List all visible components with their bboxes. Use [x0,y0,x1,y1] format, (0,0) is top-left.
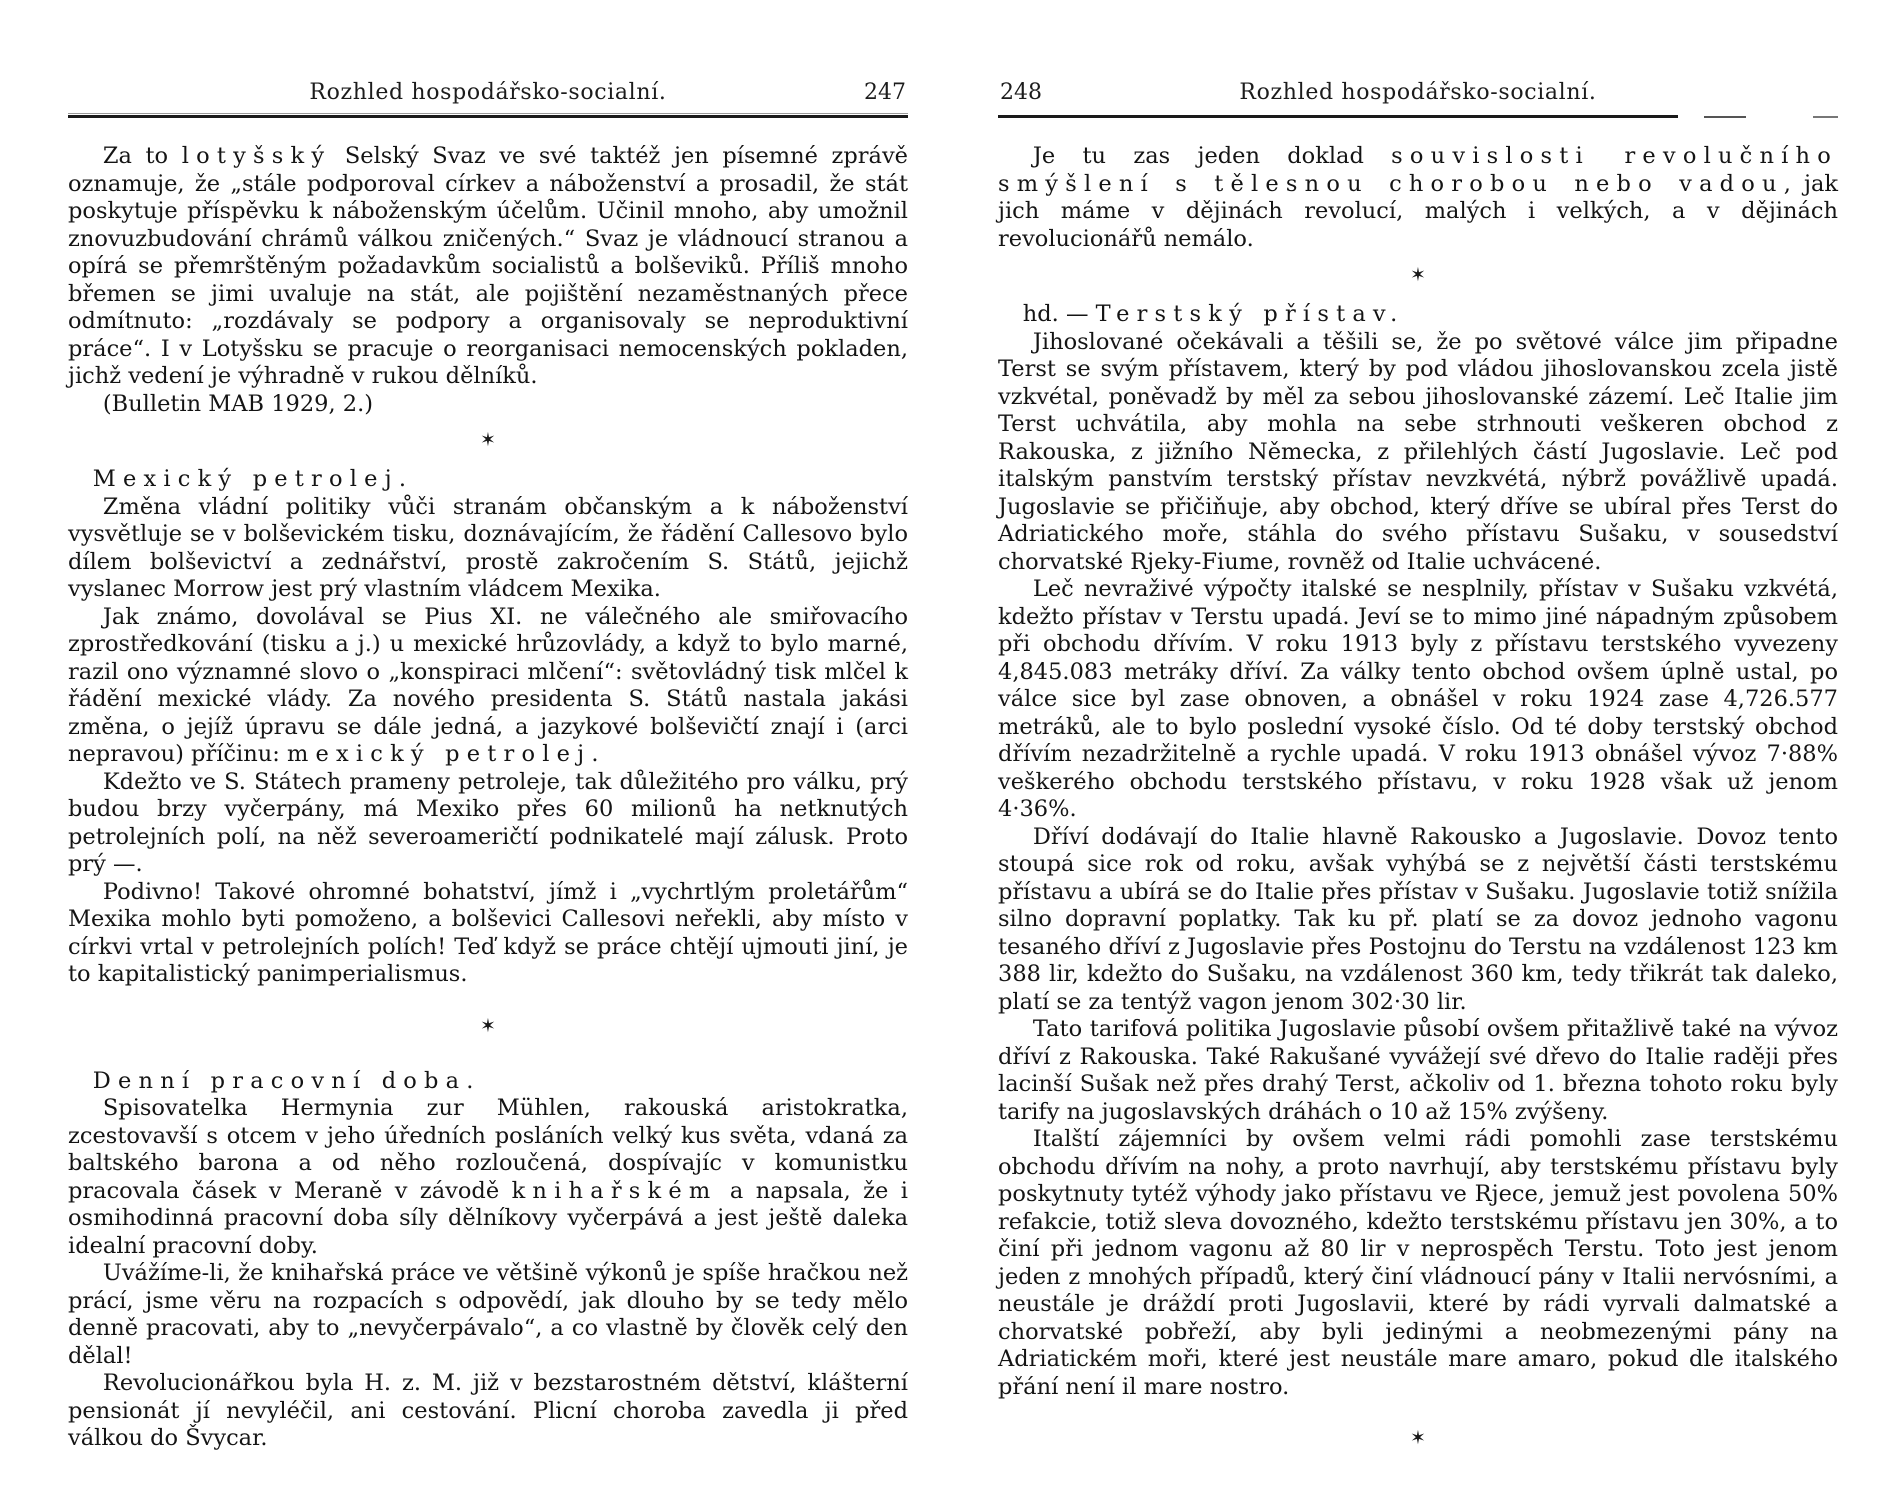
running-title: Rozhled hospodářsko-socialní. [309,80,666,105]
paragraph: Kdežto ve S. Státech prameny petroleje, … [68,769,908,879]
letterspaced-emphasis: lotyšský [182,143,332,169]
page-body: Je tu zas jeden doklad souvislosti revol… [998,143,1838,1452]
text-run: Podivno! Takové ohromné bohatství, jímž … [68,879,908,988]
paragraph: Italští zájemníci by ovšem velmi rádi po… [998,1126,1838,1401]
text-run: Leč nevraživé výpočty italské se nesplni… [998,576,1838,822]
text-run: Kdežto ve S. Státech prameny petroleje, … [68,769,908,878]
rule-dash [1813,116,1838,118]
letterspaced-emphasis: Terstský přístav. [1096,301,1405,327]
page-number: 247 [667,80,906,105]
paragraph: Tato tarifová politika Jugoslavie působí… [998,1016,1838,1126]
text-run: Tato tarifová politika Jugoslavie působí… [998,1016,1838,1125]
letterspaced-emphasis: Denní pracovní doba. [93,1068,481,1094]
text-run: Je tu zas jeden doklad [1033,143,1391,169]
running-title: Rozhled hospodářsko-socialní. [1239,80,1596,105]
text-run: Za to [103,143,182,169]
page-247: Rozhled hospodářsko-socialní. 247 Za to … [68,80,908,1453]
scanned-book-spread: { "symbols": { "star": "✶" }, "left_page… [0,0,1900,1500]
page-number: 248 [1000,80,1239,105]
section-heading: Mexický petrolej. [68,466,908,494]
paragraph: Revolucionářkou byla H. z. M. již v bezs… [68,1370,908,1453]
paragraph: Je tu zas jeden doklad souvislosti revol… [998,143,1838,253]
text-run: hd. — [1023,301,1096,327]
page-header-right: 248 Rozhled hospodářsko-socialní. [998,80,1838,113]
paragraph: (Bulletin MAB 1929, 2.) [68,391,908,419]
paragraph: Uvážíme-li, že knihařská práce ve většin… [68,1260,908,1370]
letterspaced-emphasis: Mexický petrolej. [93,466,413,492]
header-rule [998,113,1838,119]
text-run: Selský Svaz ve své taktéž jen písemné zp… [68,143,908,389]
letterspaced-emphasis: knihařském [512,1178,718,1204]
section-divider-star: ✶ [998,1425,1838,1452]
text-run: Dříví dodávají do Italie hlavně Rakousko… [998,824,1838,1015]
page-body: Za to lotyšský Selský Svaz ve své taktéž… [68,143,908,1453]
paragraph: Dříví dodávají do Italie hlavně Rakousko… [998,824,1838,1017]
text-run: Změna vládní politiky vůči stranám občan… [68,494,908,603]
paragraph: Za to lotyšský Selský Svaz ve své taktéž… [68,143,908,391]
page-header-left: Rozhled hospodářsko-socialní. 247 [68,80,908,113]
header-rule [68,113,908,119]
section-divider-star: ✶ [998,262,1838,289]
text-run: Uvážíme-li, že knihařská práce ve většin… [68,1260,908,1369]
section-heading: Denní pracovní doba. [68,1068,908,1096]
text-run: Jihoslované očekávali a těšili se, že po… [998,329,1838,575]
rule-dash [1704,116,1746,118]
section-divider-star: ✶ [68,1013,908,1040]
text-run: Italští zájemníci by ovšem velmi rádi po… [998,1126,1838,1400]
paragraph: Podivno! Takové ohromné bohatství, jímž … [68,879,908,989]
paragraph: Spisovatelka Hermynia zur Mühlen, rakous… [68,1095,908,1260]
paragraph: Změna vládní politiky vůči stranám občan… [68,494,908,604]
text-run: Revolucionářkou byla H. z. M. již v bezs… [68,1370,908,1451]
section-heading: hd. — Terstský přístav. [998,301,1838,329]
section-divider-star: ✶ [68,427,908,454]
letterspaced-emphasis: mexický petrolej. [287,741,606,767]
paragraph: Jihoslované očekávali a těšili se, že po… [998,329,1838,577]
paragraph: Leč nevraživé výpočty italské se nesplni… [998,576,1838,824]
text-run: (Bulletin MAB 1929, 2.) [103,391,373,417]
page-248: 248 Rozhled hospodářsko-socialní. Je tu … [998,80,1838,1480]
paragraph: Jak známo, dovolával se Pius XI. ne vále… [68,604,908,769]
